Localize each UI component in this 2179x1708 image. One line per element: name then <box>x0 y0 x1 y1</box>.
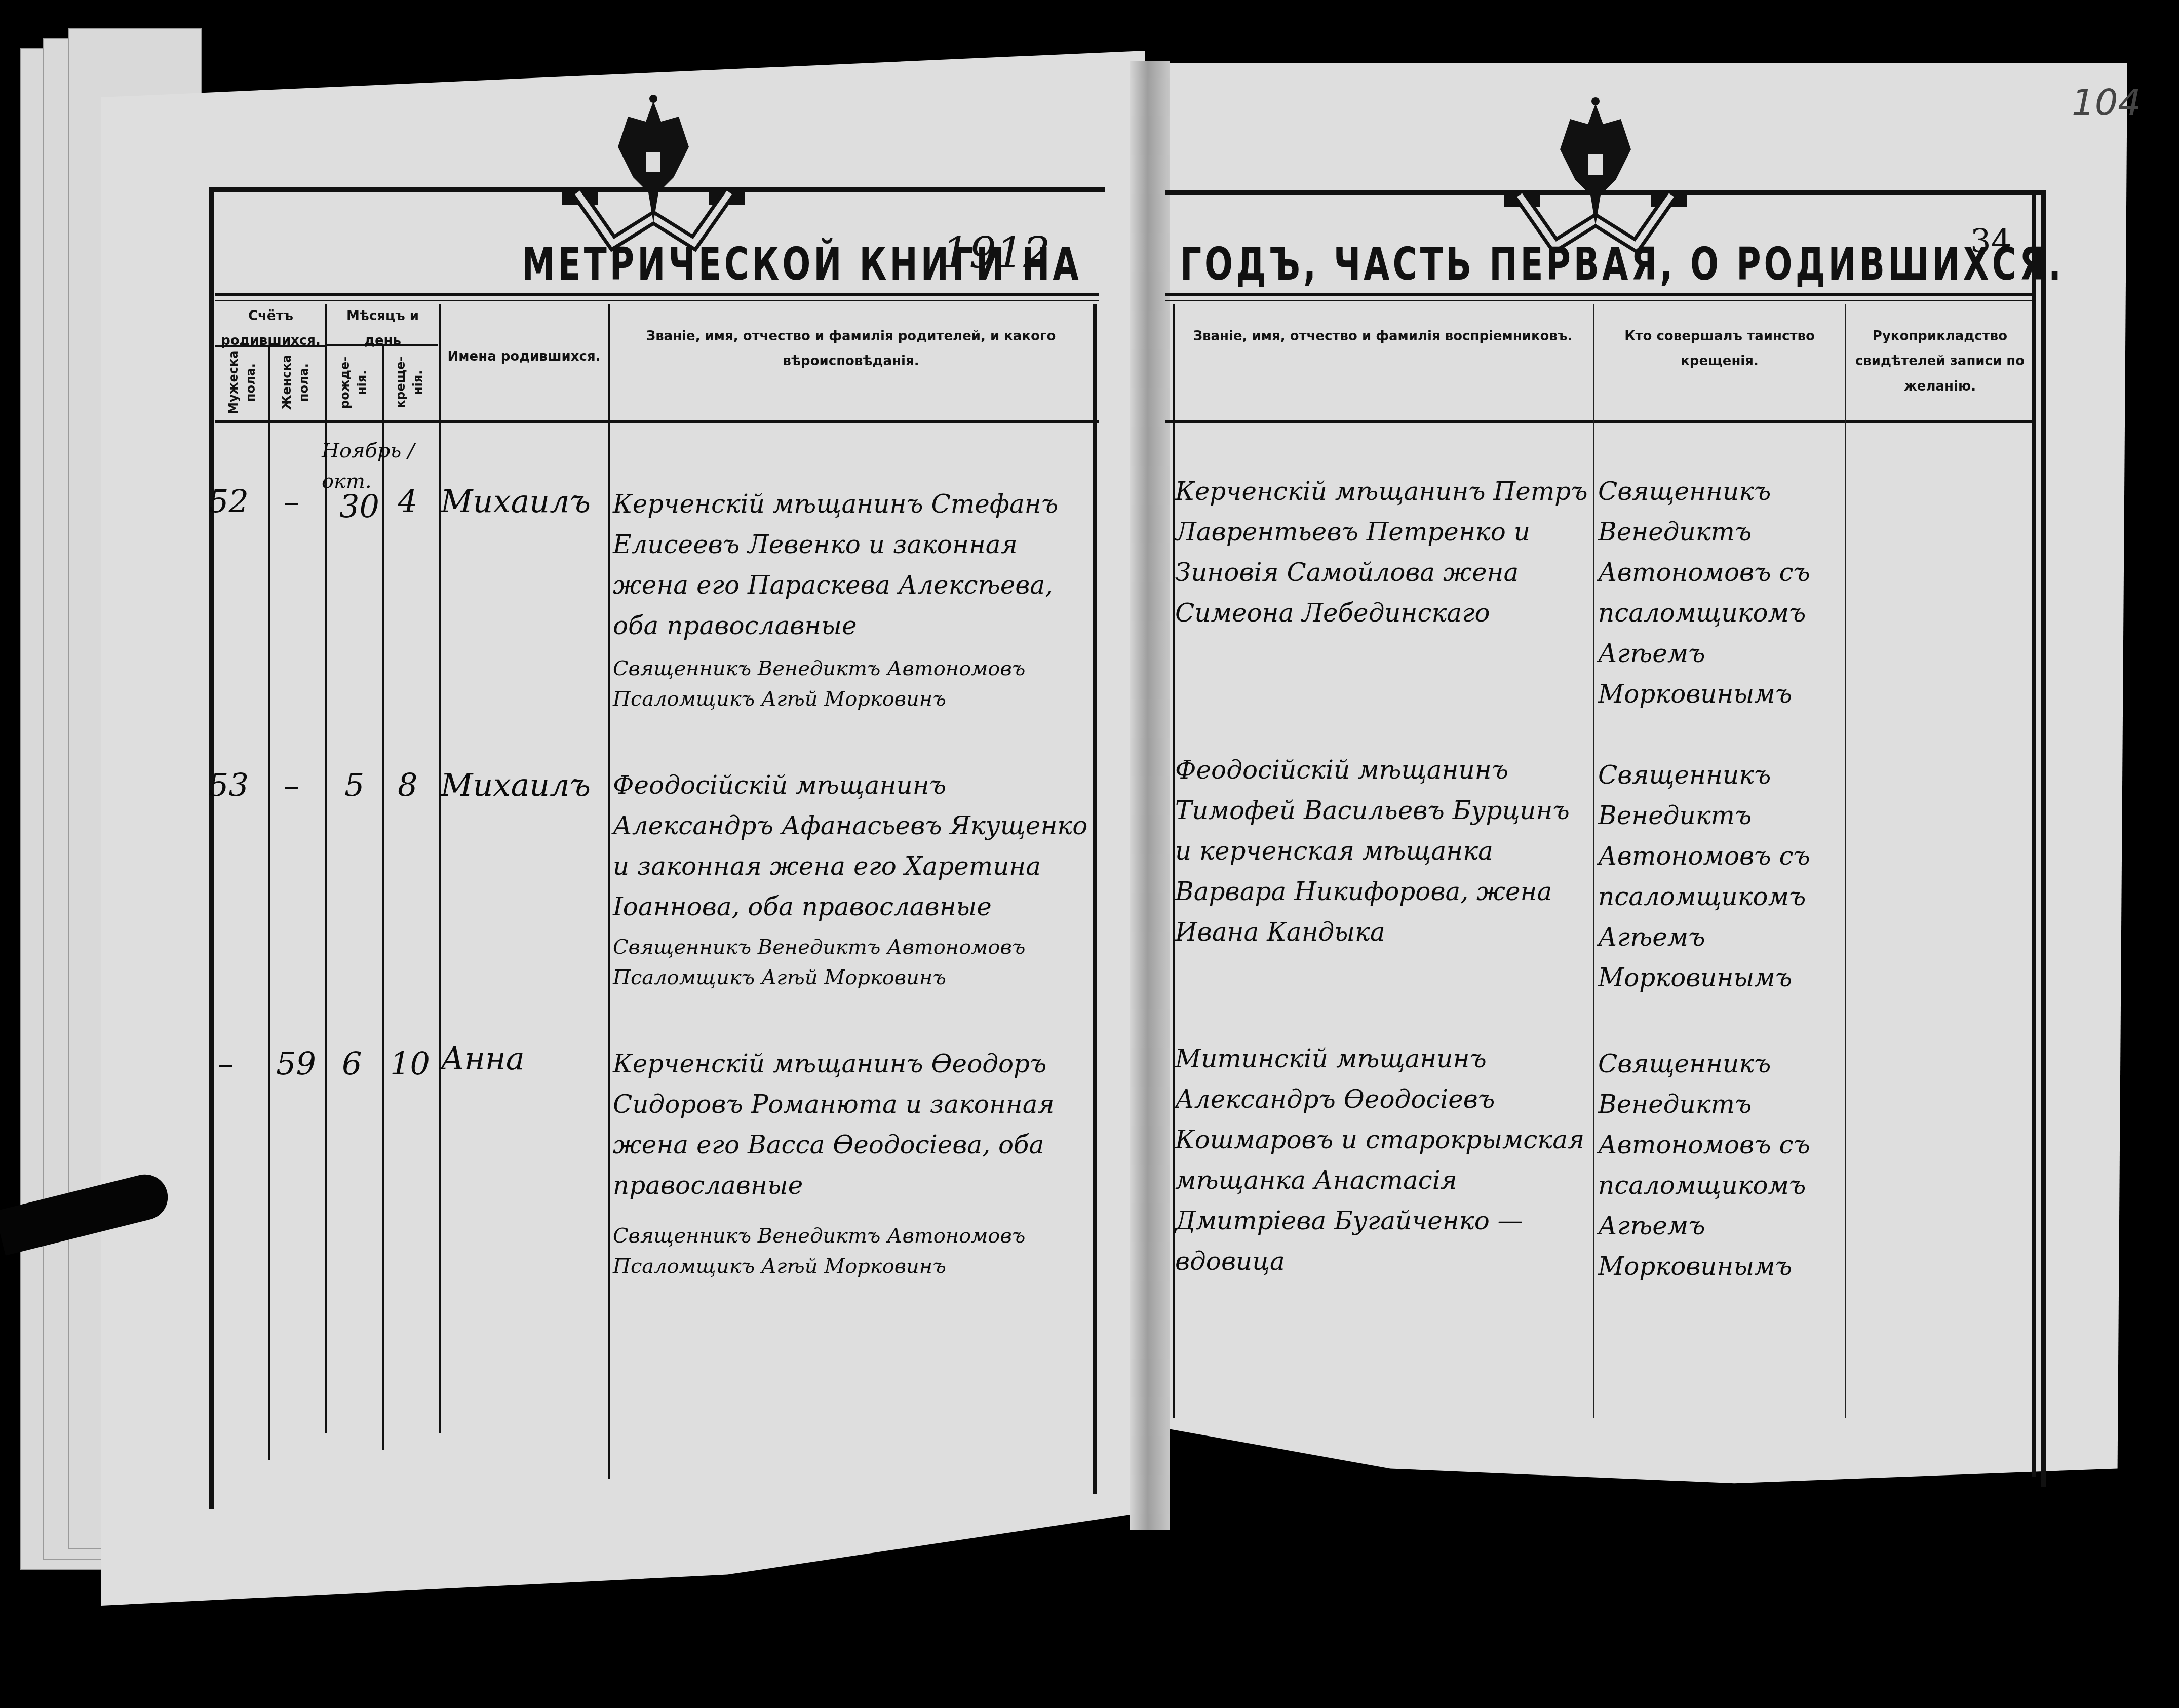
entry-male-number: – <box>218 1043 234 1084</box>
year-handwritten: 1912 <box>942 228 1050 278</box>
header-top-rule <box>1165 293 2036 296</box>
entry-officiant: Священникъ Венедиктъ Автономовъ съ псало… <box>1598 755 1841 998</box>
header-birth: рожде-нія. <box>337 350 377 415</box>
double-headed-eagle-crest-icon <box>1499 94 1692 261</box>
entry-child-name: Михаилъ <box>441 765 591 805</box>
header-parents: Званіе, имя, отчество и фамилія родителе… <box>615 324 1086 374</box>
entry-child-name: Анна <box>441 1038 525 1079</box>
entry-clergy-signatures: Священникъ Венедиктъ Автономовъ Псаломщи… <box>613 932 1089 993</box>
header-officiant: Кто совершалъ таинство крещенія. <box>1598 324 1841 374</box>
header-top-rule <box>215 293 1099 296</box>
header-bottom-rule <box>1165 420 2036 423</box>
entry-officiant: Священникъ Венедиктъ Автономовъ съ псало… <box>1598 471 1841 714</box>
entry-baptism-day: 8 <box>398 765 417 805</box>
column-divider <box>1593 304 1594 1418</box>
column-divider <box>1845 304 1846 1418</box>
entry-parents: Керченскій мѣщанинъ Өеодоръ Сидоровъ Ром… <box>613 1043 1089 1206</box>
entry-godparents: Феодосійскій мѣщанинъ Тимофей Васильевъ … <box>1175 750 1590 952</box>
header-top-rule <box>215 300 1099 301</box>
entry-clergy-signatures: Священникъ Венедиктъ Автономовъ Псаломщи… <box>613 1221 1089 1282</box>
printed-page-number: 34 <box>1970 223 2011 260</box>
entry-female-number: 59 <box>276 1043 316 1084</box>
entry-birth-day: 6 <box>342 1043 362 1084</box>
entry-officiant: Священникъ Венедиктъ Автономовъ съ псало… <box>1598 1043 1841 1287</box>
header-count: Счётъ родившихся. <box>219 304 323 354</box>
entry-child-name: Михаилъ <box>441 481 591 522</box>
double-headed-eagle-crest-icon <box>557 91 750 258</box>
header-baptism: креще-нія. <box>393 350 433 415</box>
entry-godparents: Керченскій мѣщанинъ Петръ Лаврентьевъ Пе… <box>1175 471 1590 633</box>
column-divider <box>268 345 270 1460</box>
header-top-rule <box>1165 300 2036 301</box>
entry-clergy-signatures: Священникъ Венедиктъ Автономовъ Псаломщи… <box>613 653 1089 714</box>
entry-baptism-day: 10 <box>390 1043 430 1084</box>
column-divider <box>2032 190 2036 1477</box>
header-bottom-rule <box>215 420 1099 423</box>
title-right: ГОДЪ, ЧАСТЬ ПЕРВАЯ, О РОДИВШИХСЯ. <box>1180 238 2064 291</box>
entry-godparents: Митинскій мѣщанинъ Александръ Өеодосіевъ… <box>1175 1038 1590 1282</box>
entry-baptism-day: 4 <box>398 481 417 522</box>
book-gutter <box>1130 61 1170 1530</box>
entry-female-number: – <box>284 481 299 522</box>
column-divider <box>608 304 610 1479</box>
entry-male-number: 53 <box>209 765 249 805</box>
column-divider <box>382 345 384 1450</box>
header-godparents: Званіе, имя, отчество и фамилія воспріем… <box>1180 324 1585 349</box>
column-divider <box>1173 304 1175 1418</box>
column-divider <box>1093 304 1097 1494</box>
archive-folio-number: 104 <box>2072 81 2141 124</box>
header-names: Имена родившихся. <box>442 344 606 369</box>
entry-birth-day: 30 <box>339 486 379 527</box>
header-witnesses: Рукоприкладство свидѣтелей записи по жел… <box>1849 324 2031 399</box>
header-month-day: Мѣсяцъ и день <box>328 304 437 354</box>
entry-male-number: 52 <box>209 481 249 522</box>
header-count-male: Мужеска пола. <box>225 350 266 415</box>
entry-birth-day: 5 <box>344 765 364 805</box>
entry-parents: Керченскій мѣщанинъ Стефанъ Елисеевъ Лев… <box>613 484 1089 646</box>
entry-parents: Феодосійскій мѣщанинъ Александръ Афанась… <box>613 765 1089 927</box>
entry-female-number: – <box>284 765 299 805</box>
header-count-female: Женска пола. <box>279 350 319 415</box>
